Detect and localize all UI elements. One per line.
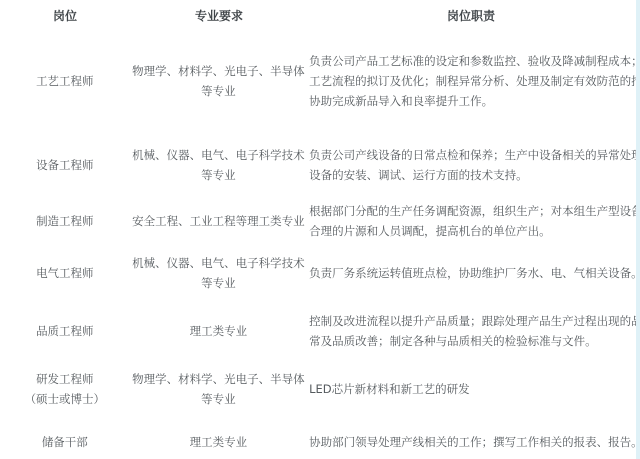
cell-major: 物理学、材料学、光电子、半导体 等专业 — [130, 61, 307, 101]
job-table: 岗位 专业要求 岗位职责 工艺工程师 物理学、材料学、光电子、半导体 等专业 负… — [0, 0, 640, 459]
table-row: 储备干部 理工类专业 协助部门领导处理产线相关的工作；撰写工作相关的报表、报告。 — [0, 418, 640, 459]
table-row: 品质工程师 理工类专业 控制及改进流程以提升产品质量；跟踪处理产品生产过程出现的… — [0, 302, 640, 360]
header-major: 专业要求 — [130, 7, 308, 24]
cell-duties: 负责公司产线设备的日常点检和保养；生产中设备相关的异常处理； 新设备的安装、调试… — [307, 145, 640, 185]
cell-major: 安全工程、工业工程等理工类专业 — [130, 211, 307, 231]
cell-major: 机械、仪器、电气、电子科学技术 等专业 — [130, 253, 307, 293]
cell-position: 品质工程师 — [0, 321, 130, 341]
cell-duties: 负责公司产品工艺标准的设定和参数监控、验收及降减制程成本；产 线工艺流程的拟订及… — [307, 51, 640, 111]
table-row: 电气工程师 机械、仪器、电气、电子科学技术 等专业 负责厂务系统运转值班点检，协… — [0, 244, 640, 302]
header-duties: 岗位职责 — [447, 7, 495, 24]
cell-position: 设备工程师 — [0, 155, 130, 175]
cell-duties: 协助部门领导处理产线相关的工作；撰写工作相关的报表、报告。 — [307, 432, 640, 452]
cell-major: 物理学、材料学、光电子、半导体 等专业 — [130, 369, 307, 409]
cell-duties: LED芯片新材料和新工艺的研发 — [307, 379, 640, 399]
table-row: 研发工程师 （硕士或博士） 物理学、材料学、光电子、半导体 等专业 LED芯片新… — [0, 360, 640, 418]
right-edge-strip — [636, 0, 640, 459]
table-header: 岗位 专业要求 岗位职责 — [0, 0, 640, 30]
cell-duties: 负责厂务系统运转值班点检，协助维护厂务水、电、气相关设备。 — [307, 263, 640, 283]
table-row: 工艺工程师 物理学、材料学、光电子、半导体 等专业 负责公司产品工艺标准的设定和… — [0, 30, 640, 132]
table-row: 制造工程师 安全工程、工业工程等理工类专业 根据部门分配的生产任务调配资源，组织… — [0, 198, 640, 244]
header-position: 岗位 — [0, 7, 130, 24]
cell-position: 研发工程师 （硕士或博士） — [0, 369, 130, 409]
cell-major: 理工类专业 — [130, 321, 307, 341]
cell-major: 理工类专业 — [130, 432, 307, 452]
cell-position: 工艺工程师 — [0, 71, 130, 91]
cell-position: 制造工程师 — [0, 211, 130, 231]
cell-position: 电气工程师 — [0, 263, 130, 283]
cell-duties: 根据部门分配的生产任务调配资源，组织生产；对本组生产型设备进 行合理的片源和人员… — [307, 201, 640, 241]
cell-major: 机械、仪器、电气、电子科学技术 等专业 — [130, 145, 307, 185]
table-row: 设备工程师 机械、仪器、电气、电子科学技术 等专业 负责公司产线设备的日常点检和… — [0, 132, 640, 198]
cell-duties: 控制及改进流程以提升产品质量；跟踪处理产品生产过程出现的品质 异常及品质改善；制… — [307, 311, 640, 351]
cell-position: 储备干部 — [0, 432, 130, 452]
